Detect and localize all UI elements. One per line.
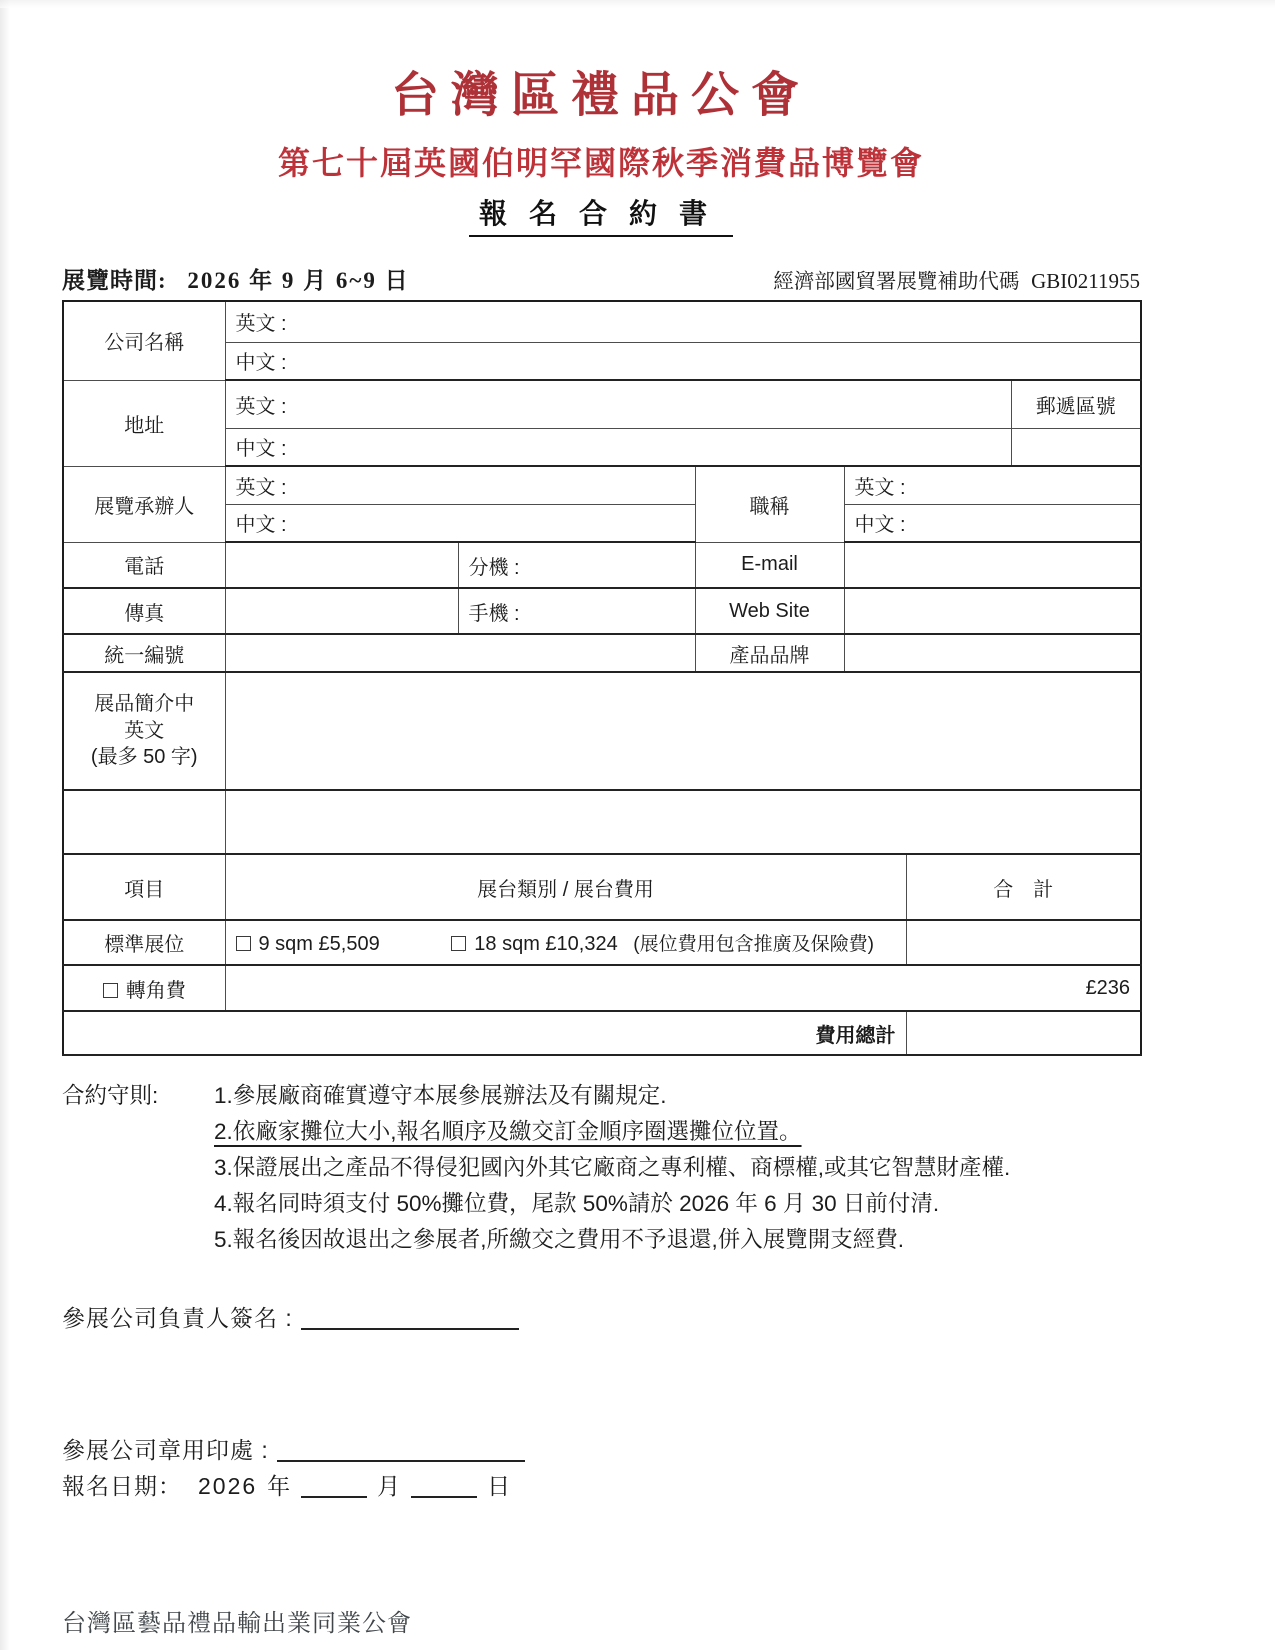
zh-prefix-label: 中文 : (236, 438, 287, 460)
day-blank-line (411, 1474, 477, 1498)
year-unit-label: 年 (267, 1473, 291, 1499)
exhibition-time: 展覽時間: 2026 年 9 月 6~9 日 (62, 262, 410, 295)
checkbox-icon (236, 936, 251, 951)
website-field (844, 588, 1141, 634)
corner-fee-label: 轉角費 (126, 980, 186, 1002)
exhibition-time-label: 展覽時間: (62, 268, 167, 293)
form-title: 報名合約書 (469, 192, 733, 237)
subsidy-code-label: 經濟部國貿署展覽補助代碼 (773, 270, 1019, 293)
booth-fee-note: (展位費用包含推廣及保險費) (633, 934, 874, 955)
standard-booth-label: 標準展位 (63, 920, 225, 965)
extension-cell: 分機 : (458, 542, 695, 588)
fax-label: 傳真 (63, 588, 225, 634)
job-title-label: 職稱 (695, 466, 844, 542)
corner-fee-option: 轉角費 (63, 965, 225, 1011)
grand-total-label: 費用總計 (63, 1011, 906, 1055)
rule-item: 4.報名同時須支付 50%攤位費，尾款 50%請於 2026 年 6 月 30 … (214, 1186, 1152, 1222)
phone-field (225, 542, 458, 588)
address-zh-cell: 中文 : (225, 428, 1011, 466)
company-seal-label: 參展公司章用印處 : (62, 1437, 269, 1463)
month-unit-label: 月 (377, 1473, 401, 1499)
intro-field (225, 672, 1141, 790)
subsidy-code: 經濟部國貿署展覽補助代碼 GBI0211955 (773, 264, 1140, 294)
fax-field (225, 588, 458, 634)
brand-field (844, 634, 1141, 672)
signer-signature-label: 參展公司負責人簽名 : (62, 1305, 293, 1331)
email-field (844, 542, 1141, 588)
company-seal-row: 參展公司章用印處 : (62, 1432, 525, 1465)
day-unit-label: 日 (487, 1473, 511, 1499)
registration-form-page: 台灣區禮品公會 第七十屆英國伯明罕國際秋季消費品博覽會 報名合約書 展覽時間: … (0, 0, 1275, 1650)
tax-id-field (225, 634, 695, 672)
brand-label: 產品品牌 (695, 634, 844, 672)
booth-option-18sqm: 18 sqm £10,324 (451, 933, 617, 955)
extension-label: 分機 : (469, 557, 520, 579)
rule-item: 5.報名後因故退出之參展者,所繳交之費用不予退還,併入展覽開支經費. (214, 1222, 1152, 1258)
zh-prefix-label: 中文 : (236, 352, 287, 374)
phone-label: 電話 (63, 542, 225, 588)
rules-heading: 合約守則: (62, 1078, 158, 1114)
rule-item: 1.參展廠商確實遵守本展參展辦法及有關規定. (214, 1078, 1152, 1114)
booth-option-18sqm-label: 18 sqm £10,324 (474, 933, 617, 955)
email-label: E-mail (695, 542, 844, 588)
spacer-field (225, 790, 1141, 854)
date-year-value: 2026 (198, 1473, 257, 1499)
form-title-wrap: 報名合約書 (62, 192, 1140, 237)
company-name-label: 公司名稱 (63, 301, 225, 380)
registration-date-label: 報名日期： (62, 1473, 182, 1499)
intro-label-line1: 展品簡介中 (74, 691, 215, 717)
contract-rules: 合約守則: 1.參展廠商確實遵守本展參展辦法及有關規定. 2.依廠家攤位大小,報… (62, 1078, 1152, 1258)
booth-option-9sqm-label: 9 sqm £5,509 (259, 933, 380, 955)
item-header: 項目 (63, 854, 225, 920)
registration-date-row: 報名日期：2026年月日 (62, 1468, 511, 1501)
exhibition-time-value: 2026 年 9 月 6~9 日 (187, 268, 409, 293)
association-title: 台灣區禮品公會 (62, 56, 1140, 125)
en-prefix-label: 英文 : (855, 477, 906, 499)
en-prefix-label: 英文 : (236, 477, 287, 499)
zh-prefix-label: 中文 : (236, 514, 287, 536)
intro-label-line3: (最多 50 字) (74, 744, 215, 770)
contact-zh-cell: 中文 : (225, 504, 695, 542)
checkbox-icon (451, 936, 466, 951)
footer-organization-name: 台灣區藝品禮品輸出業同業公會 (62, 1603, 412, 1638)
total-header: 合 計 (906, 854, 1141, 920)
mobile-label: 手機 : (469, 603, 520, 625)
corner-fee-value: £236 (225, 965, 1141, 1011)
intro-label: 展品簡介中 英文 (最多 50 字) (63, 672, 225, 790)
address-label: 地址 (63, 380, 225, 466)
company-name-en-cell: 英文 : (225, 301, 1141, 342)
signature-line (301, 1306, 519, 1330)
registration-form-table: 公司名稱 英文 : 中文 : 地址 英文 : 郵遞區號 中文 : (62, 300, 1142, 1056)
booth-options-cell: 9 sqm £5,509 18 sqm £10,324 (展位費用包含推廣及保險… (225, 920, 906, 965)
standard-booth-total-field (906, 920, 1141, 965)
postal-code-label: 郵遞區號 (1011, 380, 1141, 428)
zh-prefix-label: 中文 : (855, 514, 906, 536)
signer-signature-row: 參展公司負責人簽名 : (62, 1300, 519, 1333)
exhibition-title: 第七十屆英國伯明罕國際秋季消費品博覽會 (62, 138, 1140, 184)
website-label: Web Site (695, 588, 844, 634)
en-prefix-label: 英文 : (236, 396, 287, 418)
company-name-zh-cell: 中文 : (225, 342, 1141, 380)
seal-line (277, 1438, 525, 1462)
postal-code-field (1011, 428, 1141, 466)
job-title-zh-cell: 中文 : (844, 504, 1141, 542)
contact-en-cell: 英文 : (225, 466, 695, 504)
booth-type-header: 展台類別 / 展台費用 (225, 854, 906, 920)
mobile-cell: 手機 : (458, 588, 695, 634)
job-title-en-cell: 英文 : (844, 466, 1141, 504)
grand-total-field (906, 1011, 1141, 1055)
intro-label-line2: 英文 (74, 718, 215, 744)
rule-item: 2.依廠家攤位大小,報名順序及繳交訂金順序圈選攤位位置。 (214, 1114, 1152, 1150)
month-blank-line (301, 1474, 367, 1498)
tax-id-label: 統一編號 (63, 634, 225, 672)
subsidy-code-value: GBI0211955 (1031, 269, 1140, 293)
checkbox-icon (103, 983, 118, 998)
booth-option-9sqm: 9 sqm £5,509 (236, 933, 380, 955)
meta-row: 展覽時間: 2026 年 9 月 6~9 日 經濟部國貿署展覽補助代碼 GBI0… (62, 262, 1140, 295)
en-prefix-label: 英文 : (236, 313, 287, 335)
address-en-cell: 英文 : (225, 380, 1011, 428)
spacer-label-cell (63, 790, 225, 854)
contact-person-label: 展覽承辦人 (63, 466, 225, 542)
rule-item: 3.保證展出之產品不得侵犯國內外其它廠商之專利權、商標權,或其它智慧財產權. (214, 1150, 1152, 1186)
